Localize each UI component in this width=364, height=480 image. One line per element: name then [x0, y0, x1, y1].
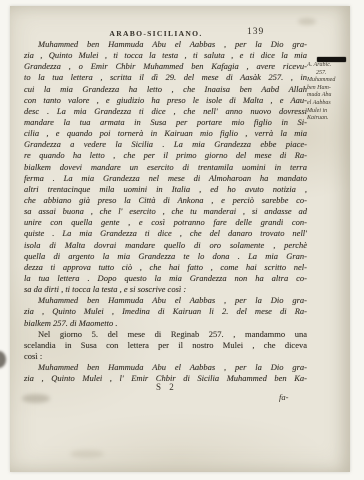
- text-line: sa assai buona , che l' esercito , che t…: [24, 206, 307, 217]
- margin-note-line: el Aabbas: [307, 100, 350, 108]
- text-line: così :: [24, 351, 307, 362]
- text-line: Grandezza a vedere la Sicilia . La mia G…: [24, 139, 307, 150]
- margin-note-line: Kairuan.: [307, 115, 350, 123]
- text-line: Nel giorno 5. del mese di Reginab 257. ,…: [24, 329, 307, 340]
- text-line: cilia , e quando poi tornerà in Kairuan …: [24, 128, 307, 139]
- text-line: ferma . La mia Grandezza nel mese di Alm…: [24, 173, 307, 184]
- text-line: unire con quella gente , e così potranno…: [24, 217, 307, 228]
- signature-mark: S 2: [156, 382, 177, 392]
- text-line: zia , Quinto Mulei , ti tocca la testa ,…: [24, 50, 307, 61]
- book-page-scan: ARABO-SICILIANO. 139 Muhammed ben Hammud…: [0, 0, 364, 480]
- margin-note-line: Muhammed: [307, 77, 350, 85]
- text-line: che abbiano già preso la Città di Ankona…: [24, 195, 307, 206]
- edge-ink-smudge: [0, 351, 6, 368]
- text-line: cui la mia Grandezza ha letto , che Inaa…: [24, 84, 307, 95]
- text-line: scelandia in Susa con lettera per il nos…: [24, 340, 307, 351]
- text-line: mandare la tua armata in Susa per portar…: [24, 117, 307, 128]
- text-line: to la tua lettera , scritta il dì 29. de…: [24, 72, 307, 83]
- paper-stain: [70, 450, 104, 458]
- margin-note-lines: A. Arabic.257.Muhammedben Ham-muda Abuel…: [307, 62, 350, 123]
- text-line: Muhammed ben Hammuda Abu el Aabbas , per…: [24, 39, 307, 50]
- paper-sheet: ARABO-SICILIANO. 139 Muhammed ben Hammud…: [10, 6, 350, 472]
- text-line: re quando ha letto , che per il primo gi…: [24, 150, 307, 161]
- text-line: la tua lettera . Dopo questo la mia Gran…: [24, 273, 307, 284]
- margin-note-line: ben Ham-: [307, 85, 350, 93]
- text-line: isola di Malta dovrai mandare quello di …: [24, 240, 307, 251]
- text-line: sa da dirti , ti tocca la testa , e si s…: [24, 284, 307, 295]
- text-line: desc . La mia Grandezza ti dice , che ne…: [24, 106, 307, 117]
- margin-note-line: muda Abu: [307, 92, 350, 100]
- text-line: dezza ti approva tutto ciò , che hai fat…: [24, 262, 307, 273]
- text-line: bialkem 257. di Maometto .: [24, 318, 307, 329]
- text-line: zia , Quinto Mulei , Imedina di Kairuan …: [24, 306, 307, 317]
- margin-note-line: Mulei in: [307, 108, 350, 116]
- text-line: bialkem dovevi mandare un esercito di tr…: [24, 162, 307, 173]
- text-line: altri trentacinque mila uomini in Italia…: [24, 184, 307, 195]
- paper-stain: [298, 18, 316, 25]
- page-number: 139: [247, 27, 264, 37]
- text-line: con tanto valore , e giudizio ha preso l…: [24, 95, 307, 106]
- text-line: Grandezza , o Emir Chbir Muhammed ben Ka…: [24, 61, 307, 72]
- letter-body-text: Muhammed ben Hammuda Abu el Aabbas , per…: [24, 39, 307, 384]
- text-line: quiste . La mia Grandezza ti dice , che …: [24, 228, 307, 239]
- text-line: Muhammed ben Hammuda Abu el Aabbas , per…: [24, 362, 307, 373]
- text-line: quella di argento la mia Grandezza te lo…: [24, 251, 307, 262]
- margin-note-line: 257.: [307, 70, 350, 78]
- catchword: fa-: [279, 392, 288, 402]
- margin-note-line: A. Arabic.: [307, 62, 350, 70]
- paper-stain: [22, 394, 50, 403]
- running-header-title: ARABO-SICILIANO.: [94, 29, 218, 38]
- text-line: Muhammed ben Hammuda Abu el Aabbas , per…: [24, 295, 307, 306]
